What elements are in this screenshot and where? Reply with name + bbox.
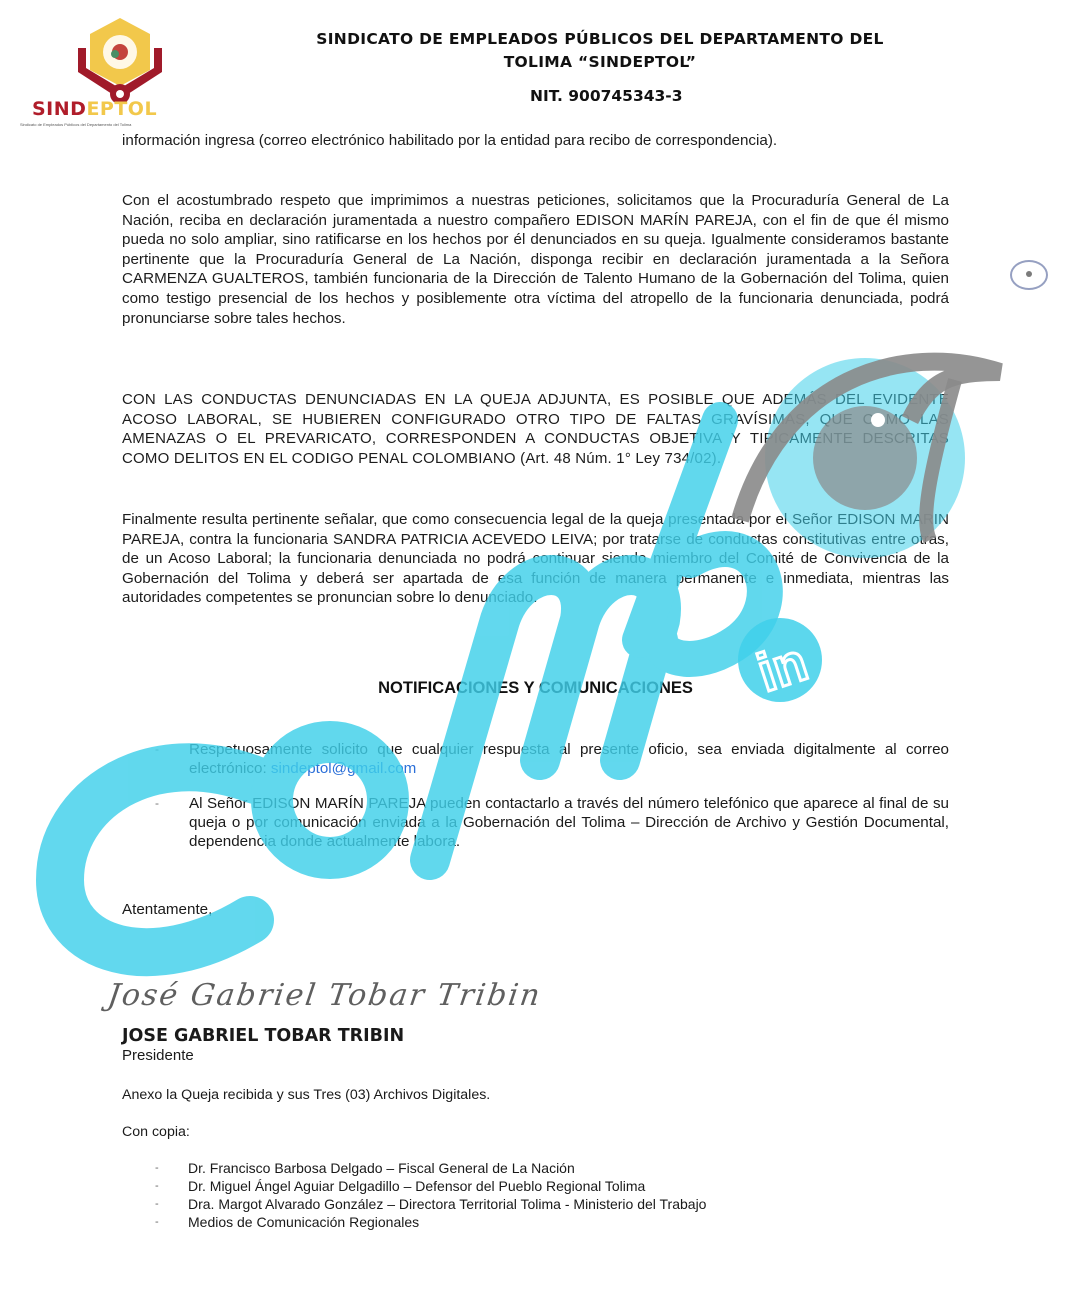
paragraph-conducts: CON LAS CONDUCTAS DENUNCIADAS EN LA QUEJ…	[122, 390, 949, 468]
letterhead-title-line1: SINDICATO DE EMPLEADOS PÚBLICOS DEL DEPA…	[240, 28, 960, 51]
letterhead-title: SINDICATO DE EMPLEADOS PÚBLICOS DEL DEPA…	[240, 28, 960, 74]
document-page: SINDEPTOL Sindicato de Empleados Público…	[0, 0, 1080, 1309]
logo-wordmark-part1: SIND	[32, 98, 86, 120]
email-link[interactable]: sindeptol@gmail.com	[271, 760, 416, 777]
signer-name: JOSE GABRIEL TOBAR TRIBIN	[122, 1026, 404, 1046]
sindeptol-logo: SINDEPTOL Sindicato de Empleados Público…	[20, 14, 220, 126]
letterhead-title-line2: TOLIMA “SINDEPTOL”	[240, 51, 960, 74]
paragraph-intro: información ingresa (correo electrónico …	[122, 131, 949, 151]
notifications-heading: NOTIFICACIONES Y COMUNICACIONES	[122, 679, 949, 698]
bullet-icon: -	[155, 1195, 159, 1213]
cc-item-text: Dr. Francisco Barbosa Delgado – Fiscal G…	[188, 1160, 575, 1176]
notification-item: - Al Señor EDISON MARÍN PAREJA pueden co…	[155, 794, 949, 851]
bullet-icon: -	[155, 794, 159, 813]
cc-item-text: Dr. Miguel Ángel Aguiar Delgadillo – Def…	[188, 1178, 645, 1194]
page-marker-icon	[1010, 260, 1048, 290]
signer-role: Presidente	[122, 1047, 194, 1064]
logo-wordmark-part2: EPTOL	[86, 98, 157, 120]
cc-item-text: Medios de Comunicación Regionales	[188, 1214, 419, 1230]
bullet-icon: -	[155, 1159, 159, 1177]
closing-salutation: Atentamente,	[122, 901, 212, 918]
bullet-icon: -	[155, 740, 159, 759]
cc-item: -Dr. Miguel Ángel Aguiar Delgadillo – De…	[155, 1177, 706, 1195]
notifications-list: - Respetuosamente solicito que cualquier…	[155, 740, 949, 867]
cc-list: -Dr. Francisco Barbosa Delgado – Fiscal …	[155, 1159, 706, 1231]
logo-tagline: Sindicato de Empleados Públicos del Depa…	[20, 122, 230, 127]
bullet-icon: -	[155, 1177, 159, 1195]
annex-note: Anexo la Queja recibida y sus Tres (03) …	[122, 1087, 490, 1103]
notification-item: - Respetuosamente solicito que cualquier…	[155, 740, 949, 778]
cc-item: -Dra. Margot Alvarado González – Directo…	[155, 1195, 706, 1213]
cc-item: -Medios de Comunicación Regionales	[155, 1213, 706, 1231]
paragraph-request: Con el acostumbrado respeto que imprimim…	[122, 191, 949, 328]
paragraph-conclusion: Finalmente resulta pertinente señalar, q…	[122, 510, 949, 608]
notification-text: Al Señor EDISON MARÍN PAREJA pueden cont…	[189, 795, 949, 850]
handwritten-signature: José Gabriel Tobar Tribin	[106, 978, 544, 1013]
cc-item: -Dr. Francisco Barbosa Delgado – Fiscal …	[155, 1159, 706, 1177]
cc-item-text: Dra. Margot Alvarado González – Director…	[188, 1196, 706, 1212]
letterhead-nit: NIT. 900745343-3	[530, 87, 683, 105]
logo-wordmark: SINDEPTOL	[32, 98, 157, 120]
cc-label: Con copia:	[122, 1124, 190, 1140]
bullet-icon: -	[155, 1213, 159, 1231]
